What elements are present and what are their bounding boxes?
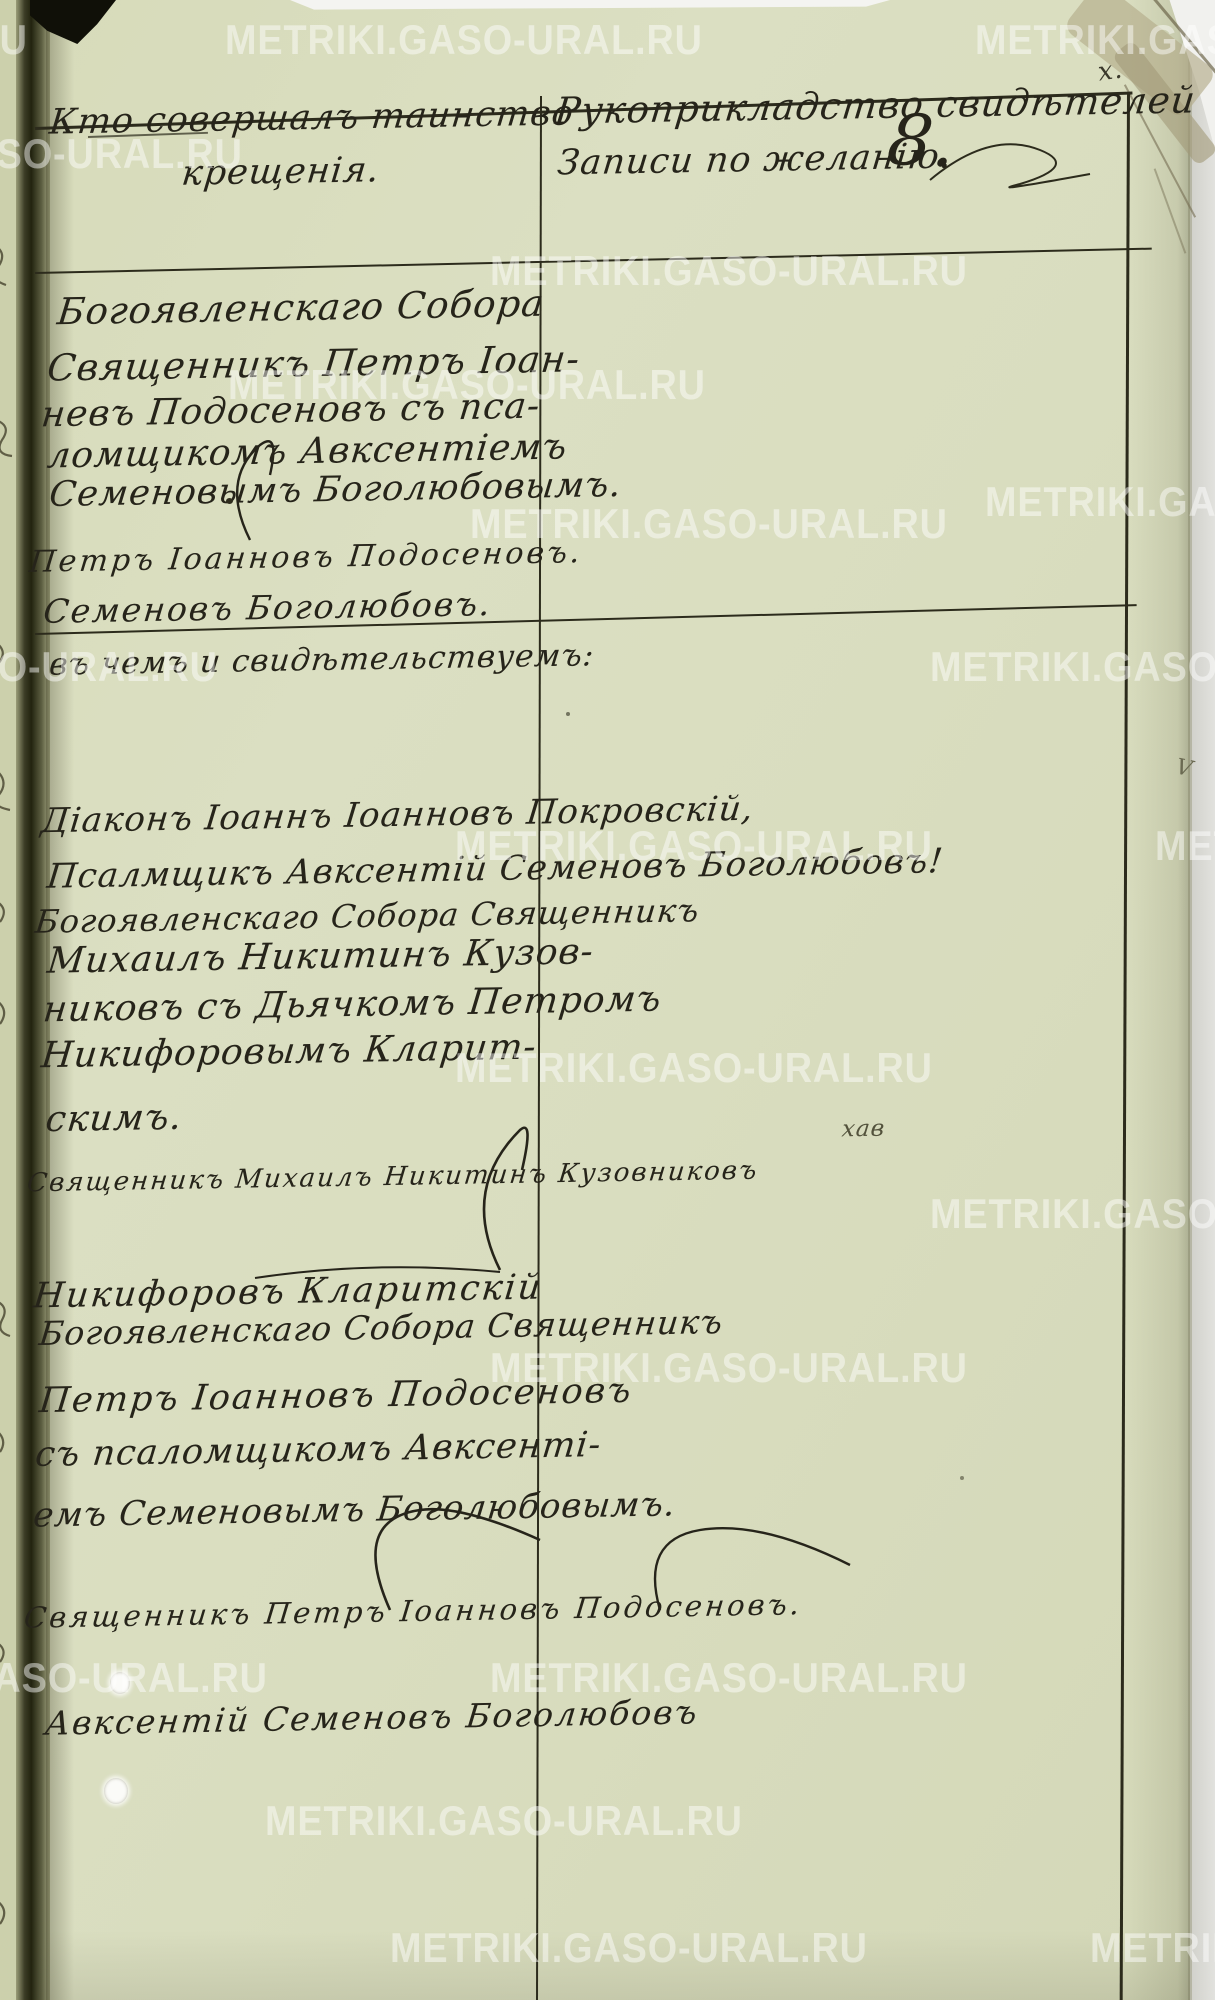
record2-line: скимъ. — [44, 1097, 185, 1140]
ink-blot — [960, 1476, 964, 1480]
crease-line — [1154, 168, 1187, 253]
scanned-register-page: Кто совершалъ таинство крещенія. Рукопри… — [0, 0, 1215, 2000]
signature1-line: Семеновъ Боголюбовъ. — [42, 584, 494, 631]
header-left-line2: крещенія. — [180, 150, 382, 193]
punch-hole — [110, 1672, 130, 1694]
header-flourish — [920, 120, 1120, 210]
signature3-flourish — [330, 1500, 1030, 1630]
record2-line: Никифоровымъ Кларит- — [39, 1027, 538, 1077]
margin-note: хав — [841, 1116, 887, 1143]
signature2-flourish — [430, 1120, 550, 1280]
corner-pencil-mark: х. — [1096, 54, 1125, 87]
ink-blot — [566, 712, 570, 716]
ink-blot — [226, 498, 233, 504]
signature2-overline — [250, 1258, 510, 1288]
scan-background-right — [1192, 0, 1215, 2000]
signature1-flourish — [190, 430, 310, 550]
record1-line: Богоявленскаго Собора — [55, 282, 547, 333]
punch-hole — [104, 1778, 128, 1804]
bottom-edge-shadow — [38, 1930, 1190, 2000]
